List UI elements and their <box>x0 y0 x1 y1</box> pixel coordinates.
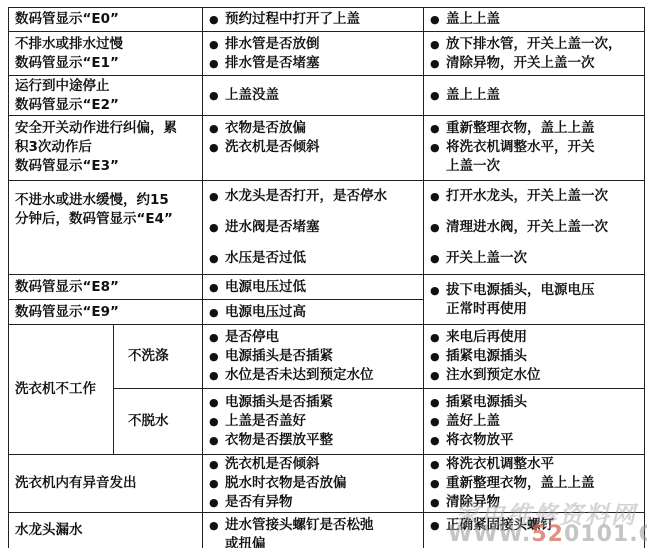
symptom-cell: 安全开关动作进行纠偏，累 积3次动作后 数码管显示“E3” <box>9 116 203 181</box>
fix-cell: 盖上上盖 <box>424 8 645 32</box>
symptom-cell: 水龙头漏水 <box>9 513 203 548</box>
cause-cell: 洗衣机是否倾斜 脱水时衣物是否放偏 是否有异物 <box>203 455 424 513</box>
symptom-cell: 洗衣机内有异音发出 <box>9 455 203 513</box>
cause-cell: 水龙头是否打开，是否停水 进水阀是否堵塞 水压是否过低 <box>203 181 424 275</box>
symptom-cell: 数码管显示“E8” <box>9 275 203 300</box>
cause-cell: 电源电压过低 <box>203 275 424 300</box>
symptom-cell: 洗衣机不工作 <box>9 325 114 455</box>
symptom-cell: 不排水或排水过慢 数码管显示“E1” <box>9 32 203 76</box>
cause-cell: 衣物是否放偏 洗衣机是否倾斜 <box>203 116 424 181</box>
fix-cell: 重新整理衣物，盖上上盖 将洗衣机调整水平，开关 上盖一次 <box>424 116 645 181</box>
fix-cell: 打开水龙头，开关上盖一次 清理进水阀，开关上盖一次 开关上盖一次 <box>424 181 645 275</box>
symptom-cell: 运行到中途停止 数码管显示“E2” <box>9 76 203 116</box>
fix-cell: 盖上上盖 <box>424 76 645 116</box>
fix-cell: 将洗衣机调整水平 重新整理衣物，盖上上盖 清除异物 <box>424 455 645 513</box>
fix-cell: 放下排水管，开关上盖一次， 清除异物，开关上盖一次 <box>424 32 645 76</box>
table-row-e3: 安全开关动作进行纠偏，累 积3次动作后 数码管显示“E3” 衣物是否放偏 洗衣机… <box>9 116 645 181</box>
table-row-e8: 数码管显示“E8” 电源电压过低 拔下电源插头，电源电压 正常时再使用 <box>9 275 645 300</box>
fix-cell: 来电后再使用 插紧电源插头 注水到预定水位 <box>424 325 645 389</box>
table-row-noise: 洗衣机内有异音发出 洗衣机是否倾斜 脱水时衣物是否放偏 是否有异物 将洗衣机调整… <box>9 455 645 513</box>
cause-cell: 电源插头是否插紧 上盖是否盖好 衣物是否摆放平整 <box>203 389 424 455</box>
cause-cell: 电源电压过高 <box>203 300 424 325</box>
table-row-no-wash: 洗衣机不工作 不洗涤 是否停电 电源插头是否插紧 水位是否未达到预定水位 来电后… <box>9 325 645 389</box>
symptom-cell: 数码管显示“E0” <box>9 8 203 32</box>
table-row-e4: 不进水或进水缓慢，约15 分钟后，数码管显示“E4” 水龙头是否打开，是否停水 … <box>9 181 645 275</box>
cause-cell: 上盖没盖 <box>203 76 424 116</box>
table-row-e0: 数码管显示“E0” 预约过程中打开了上盖 盖上上盖 <box>9 8 645 32</box>
fix-cell: 拔下电源插头，电源电压 正常时再使用 <box>424 275 645 325</box>
sub-symptom-cell: 不洗涤 <box>114 325 203 389</box>
fix-cell: 插紧电源插头 盖好上盖 将衣物放平 <box>424 389 645 455</box>
cause-cell: 排水管是否放倒 排水管是否堵塞 <box>203 32 424 76</box>
cause-cell: 进水管接头螺钉是否松弛 或扭偏 <box>203 513 424 548</box>
symptom-cell: 不进水或进水缓慢，约15 分钟后，数码管显示“E4” <box>9 181 203 275</box>
fix-cell: 正确紧固接头螺钉 <box>424 513 645 548</box>
table-row-leak: 水龙头漏水 进水管接头螺钉是否松弛 或扭偏 正确紧固接头螺钉 <box>9 513 645 548</box>
cause-cell: 预约过程中打开了上盖 <box>203 8 424 32</box>
symptom-cell: 数码管显示“E9” <box>9 300 203 325</box>
fault-table: 数码管显示“E0” 预约过程中打开了上盖 盖上上盖 不排水或排水过慢 数码管显示… <box>8 7 645 548</box>
table-row-e2: 运行到中途停止 数码管显示“E2” 上盖没盖 盖上上盖 <box>9 76 645 116</box>
cause-cell: 是否停电 电源插头是否插紧 水位是否未达到预定水位 <box>203 325 424 389</box>
table-row-e1: 不排水或排水过慢 数码管显示“E1” 排水管是否放倒 排水管是否堵塞 放下排水管… <box>9 32 645 76</box>
sub-symptom-cell: 不脱水 <box>114 389 203 455</box>
